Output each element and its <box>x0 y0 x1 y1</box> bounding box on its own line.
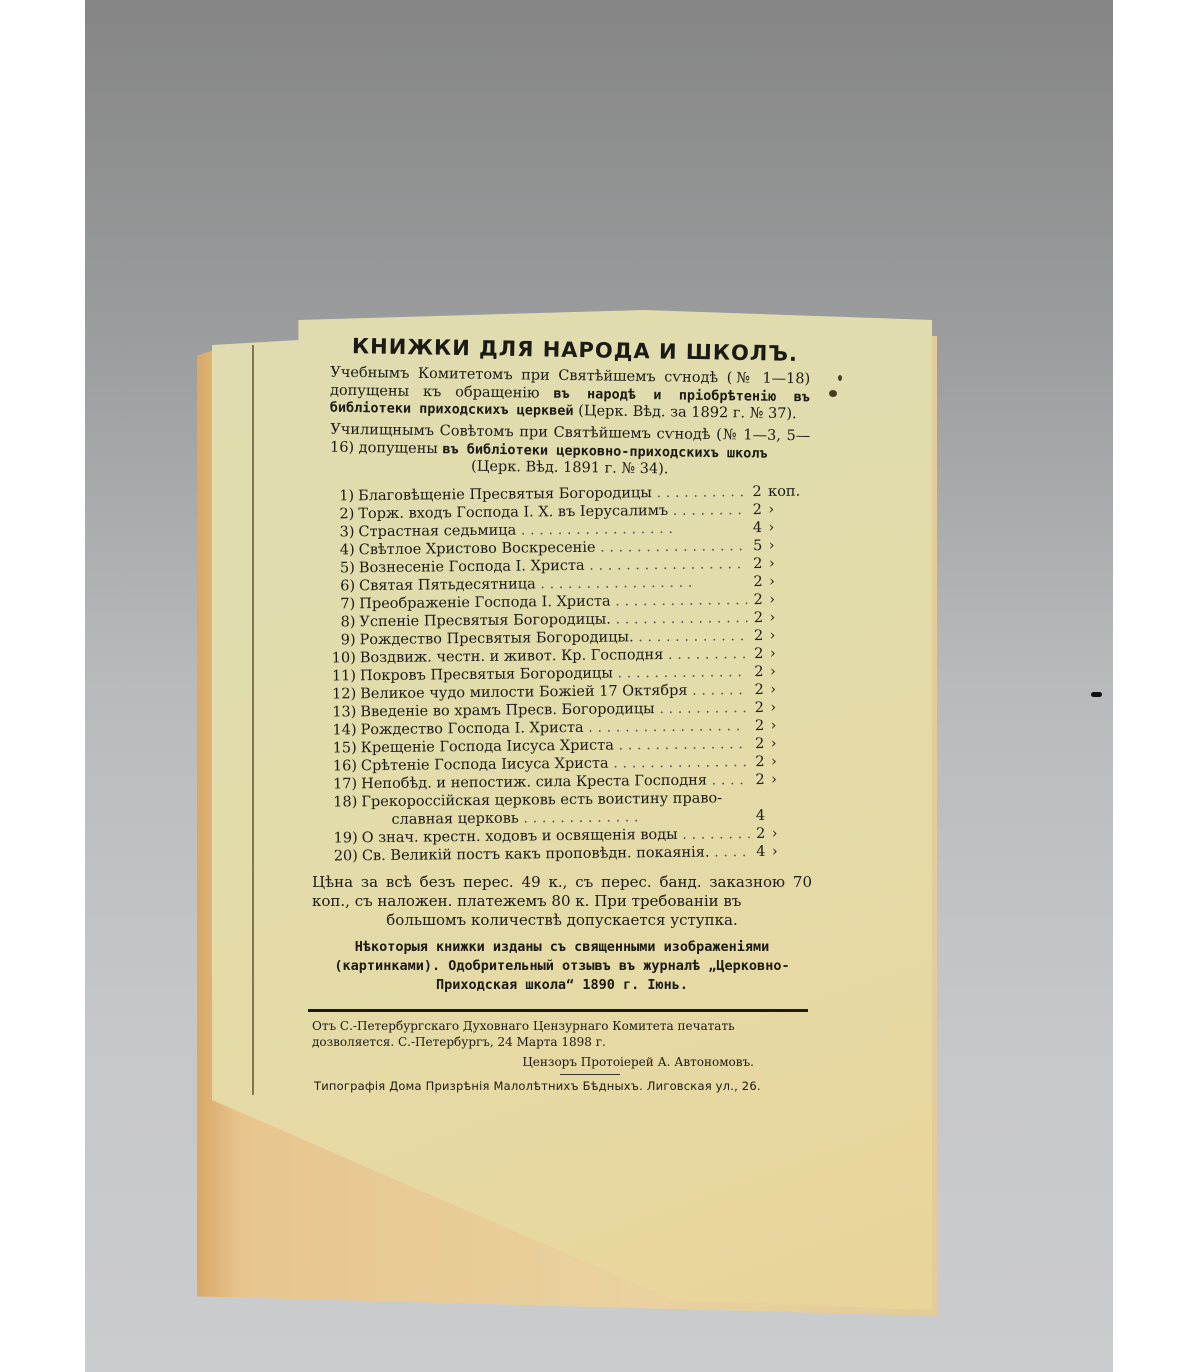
item-title: Св. Великій постъ какъ проповѣдн. покаян… <box>362 843 750 865</box>
item-number: 15) <box>331 739 357 757</box>
item-price: 4 <box>750 843 772 861</box>
printer-imprint: Типографія Дома Призрѣнія Малолѣтнихъ Бѣ… <box>314 1079 806 1093</box>
item-unit: › <box>769 590 809 608</box>
item-price: 5 <box>747 537 769 555</box>
item-unit: › <box>770 716 810 734</box>
item-price: 2 <box>749 753 771 771</box>
item-number: 19) <box>332 829 358 847</box>
item-price: 2 <box>748 645 770 663</box>
item-number: 9) <box>330 631 356 649</box>
item-number: 7) <box>329 595 355 613</box>
item-price: 2 <box>749 735 771 753</box>
item-number: 6) <box>329 577 355 595</box>
item-price: 2 <box>746 501 768 519</box>
item-price: 2 <box>746 483 768 501</box>
item-price: 2 <box>747 573 769 591</box>
item-unit: › <box>769 536 809 554</box>
censor-signature: Цензоръ Протоіерей А. Автономовъ. <box>312 1054 804 1070</box>
item-price: 2 <box>748 627 770 645</box>
item-unit: › <box>769 554 809 572</box>
item-price: 2 <box>747 609 769 627</box>
item-unit: › <box>771 752 811 770</box>
approval-synod-committee: Учебнымъ Комитетомъ при Святѣйшемъ сѵнод… <box>330 365 811 424</box>
item-number: 18) <box>331 793 357 811</box>
item-number: 13) <box>330 703 356 721</box>
item-price: 2 <box>748 717 770 735</box>
document-title: КНИЖКИ ДЛЯ НАРОДА И ШКОЛЪ. <box>340 334 810 366</box>
approval-school-council: Училищнымъ Совѣтомъ при Святѣйшемъ сѵнод… <box>330 421 811 480</box>
short-divider <box>560 1074 620 1075</box>
dark-spot-on-wall <box>1091 692 1102 697</box>
item-unit: › <box>770 698 810 716</box>
illustrations-note: Нѣкоторыя книжки изданы съ священными из… <box>312 938 812 995</box>
item-unit: › <box>772 842 812 860</box>
item-unit: › <box>769 608 809 626</box>
item-unit: › <box>769 572 809 590</box>
price-note: Цѣна за всѣ безъ перес. 49 к., съ перес.… <box>312 873 812 930</box>
item-unit: › <box>770 644 810 662</box>
item-number: 5) <box>329 559 355 577</box>
page-edge-shadow <box>252 345 254 1095</box>
item-unit: › <box>770 680 810 698</box>
divider-rule <box>308 1009 808 1012</box>
ink-stain <box>838 375 842 381</box>
item-price: 4 <box>749 807 771 825</box>
item-number: 20) <box>332 847 358 865</box>
item-unit: › <box>768 518 808 536</box>
item-number: 12) <box>330 685 356 703</box>
item-price: 2 <box>750 825 772 843</box>
item-unit: › <box>768 500 808 518</box>
censor-approval: Отъ С.-Петербургскаго Духовнаго Цензурна… <box>312 1018 804 1070</box>
item-number: 10) <box>330 649 356 667</box>
item-unit: › <box>772 824 812 842</box>
item-price: 4 <box>746 519 768 537</box>
item-price: 2 <box>748 663 770 681</box>
item-price: 2 <box>747 591 769 609</box>
document-text: КНИЖКИ ДЛЯ НАРОДА И ШКОЛЪ. Учебнымъ Коми… <box>330 338 810 1093</box>
item-number: 4) <box>329 541 355 559</box>
item-number: 11) <box>330 667 356 685</box>
item-number: 1) <box>328 487 354 505</box>
item-price: 2 <box>747 555 769 573</box>
item-unit: › <box>771 770 811 788</box>
ink-stain <box>829 390 837 397</box>
list-item: 20)Св. Великій постъ какъ проповѣдн. пок… <box>332 842 812 865</box>
item-number: 2) <box>328 505 354 523</box>
item-price: 2 <box>748 681 770 699</box>
item-number: 8) <box>329 613 355 631</box>
item-number: 3) <box>328 523 354 541</box>
item-unit: › <box>770 662 810 680</box>
item-price: 2 <box>748 699 770 717</box>
item-unit: › <box>770 626 810 644</box>
book-list: 1)Благовѣщеніе Пресвятыя Богородицы . . … <box>328 482 812 865</box>
item-unit: коп. <box>768 482 808 500</box>
item-price: 2 <box>749 771 771 789</box>
item-number: 14) <box>330 721 356 739</box>
item-unit: › <box>771 734 811 752</box>
item-number: 16) <box>331 757 357 775</box>
item-number: 17) <box>331 775 357 793</box>
